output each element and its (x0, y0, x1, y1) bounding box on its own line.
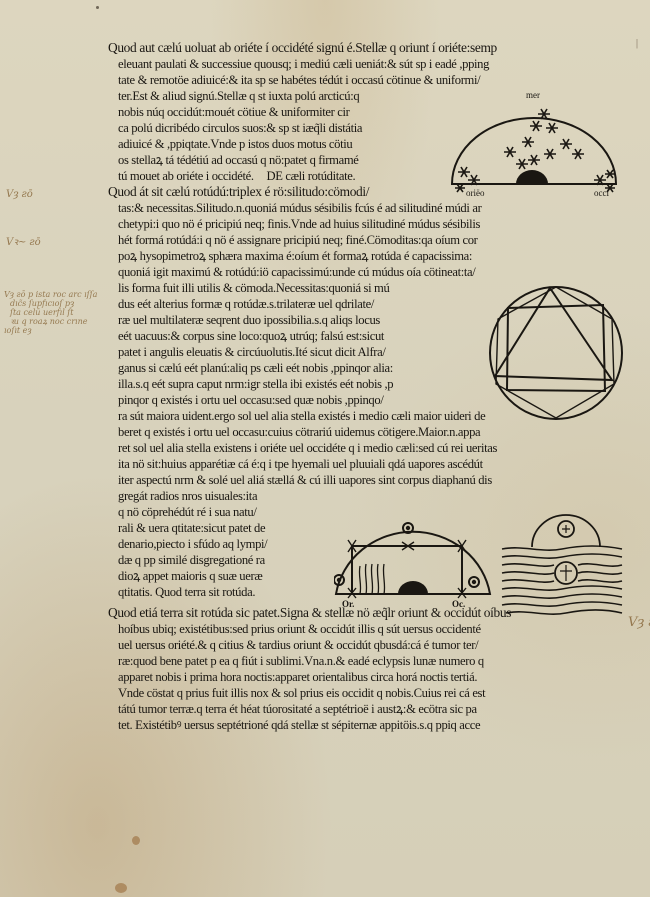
paper-speck (96, 6, 99, 9)
diagram-label-occident: occi (594, 188, 609, 198)
text-span: tú mouet ab oriéte i occidété. (118, 169, 254, 183)
text-line: dioꝝ appet maioris q suæ ueræ (118, 568, 262, 584)
marginal-annotation: Vȝ ƨ (628, 618, 650, 627)
text-line: os stellaꝝ tá tédétiú ad occasú q nö:pat… (118, 152, 359, 168)
text-line: iter aspectú nrm & solé uel aliá stællá … (118, 472, 492, 488)
diagram-label-meridian: mer (526, 90, 540, 100)
text-line: Quod át sit cælú rotúdú:triplex é rö:sil… (108, 184, 369, 200)
text-line: illa.s.q eét supra caput nrm:igr stella … (118, 376, 393, 392)
text-line: denario,piecto i sfúdo aq lympi/ (118, 536, 267, 552)
text-line: tas:& necessitas.Silitudo.n.quoniá múdus… (118, 200, 481, 216)
text-line: ra sút maiora uident.ergo sol uel alia s… (118, 408, 485, 424)
text-line: nobis núq occidút:mouét cötiue & uniform… (118, 104, 350, 120)
inscribed-polygons-icon (486, 283, 626, 423)
text-line: adiuicé & ,ppiqtate.Vnde p istos duos mo… (118, 136, 352, 152)
sun-hemisphere-icon (334, 510, 494, 600)
text-line: rali & uera qtitate:sicut patet de (118, 520, 265, 536)
star-hemisphere-icon (448, 96, 618, 200)
paper-stain (115, 883, 127, 893)
text-line: eleuant paulati & successiue quousq; i m… (118, 56, 489, 72)
text-line: ita nö sit:huius apparétiæ cá é:q i tpe … (118, 456, 483, 472)
diagram-label-orient: Or. (342, 599, 354, 609)
text-line: ræ:quod bene patet p ea q fiút i sublimi… (118, 653, 484, 669)
text-line: Quod aut cælú uoluat ab oriéte í occidét… (108, 40, 497, 56)
text-line: ganus si cælú eét planú:aliq ps cæli eét… (118, 360, 393, 376)
section-heading: Quod terra sit rotúda. (155, 585, 255, 599)
text-line: pinqor q existés i ortu uel occasu:sed q… (118, 392, 383, 408)
text-line: quoniá igit maximú & rotúdú:iö capacissi… (118, 264, 475, 280)
diagram-label-orient: oriëo (466, 188, 485, 198)
text-line: ter.Est & aliud signú.Stellæ q st iuxta … (118, 88, 359, 104)
text-line: tú mouet ab oriéte i occidété. DE cæli r… (118, 168, 355, 184)
text-line: dus eét alterius formæ q rotúdæ.s.trilat… (118, 296, 374, 312)
marginal-annotation-block: Vȝ ƨō p ista roc arc ıſſa dıc̃s ſupfıcıo… (4, 290, 97, 335)
text-line: gregát radios nros uisuales:ita (118, 488, 257, 504)
text-line: dæ q pp similé disgregationé ra (118, 552, 265, 568)
text-line: tátú tumor terræ.q terra ét héat túorosi… (118, 701, 477, 717)
text-line: ræ uel multilateræ seqrent duo ipossibil… (118, 312, 380, 328)
marginal-annotation: Vꝛ~ ƨō (6, 238, 41, 247)
annotation-line: ſta celū uerfıl ſt (4, 308, 97, 317)
text-line: ret sol uel alia stella existens i oriét… (118, 440, 497, 456)
text-line: ca polú dicribédo circulos suos:& sp st … (118, 120, 362, 136)
text-line: Vnde cöstat q prius fuit illis nox & sol… (118, 685, 485, 701)
paper-stain (132, 836, 140, 845)
edge-mark: | (636, 38, 638, 49)
text-line: eét uacuus:& corpus sine loco:quoꝝ utrúq… (118, 328, 384, 344)
diagram-inscribed-polygons (486, 283, 626, 423)
text-line: hét formá rotúdá:i q nö é assignare pric… (118, 232, 478, 248)
annotation-line: ıoſıt eȝ (4, 326, 97, 335)
annotation-line: Vȝ ƨō p ista roc arc ıſſa (4, 290, 97, 299)
text-line: hoíbus ubiq; existétibus:sed prius oriun… (118, 621, 481, 637)
diagram-sun-hemisphere: Or. Oc. (334, 510, 494, 610)
text-line: poꝝ hysopimetroꝝ sphæra maxima é:oíum ét… (118, 248, 472, 264)
annotation-line: dıc̃s ſupfıcıoſ pȝ (4, 299, 97, 308)
text-line: tet. Existétibꝰ uersus septétrioné qdá s… (118, 717, 480, 733)
text-line: lis forma fuit illi utilis & cömoda.Nece… (118, 280, 389, 296)
text-line: uel uersus oriété.& q citius & tardius o… (118, 637, 478, 653)
marginal-annotation: Vȝ ƨō (6, 190, 33, 199)
text-line: apparet nobis i prima hora noctis:appare… (118, 669, 477, 685)
sun-vapors-icon (492, 507, 642, 617)
text-line: beret q existés i ortu uel occasu:cuius … (118, 424, 480, 440)
diagram-sun-vapors (492, 507, 642, 617)
section-heading: DE cæli rotúditate. (266, 169, 355, 183)
text-line: qtitatis. Quod terra sit rotúda. (118, 584, 255, 600)
text-span: qtitatis. (118, 585, 152, 599)
text-line: patet i angulis eleuatis & circúuolutis.… (118, 344, 386, 360)
annotation-line: ꝛu q roaꝝ noc crıne (4, 317, 97, 326)
text-line: tate & remotöe adiuicé:& ita sp se habét… (118, 72, 480, 88)
diagram-label-occident: Oc. (452, 599, 465, 609)
diagram-circumpolar-stars: mer oriëo occi (448, 96, 618, 200)
text-line: chetypi:i quo nö é pricipiú neq; finis.V… (118, 216, 480, 232)
text-line: q nö cöprehédút ré i sua natu/ (118, 504, 256, 520)
